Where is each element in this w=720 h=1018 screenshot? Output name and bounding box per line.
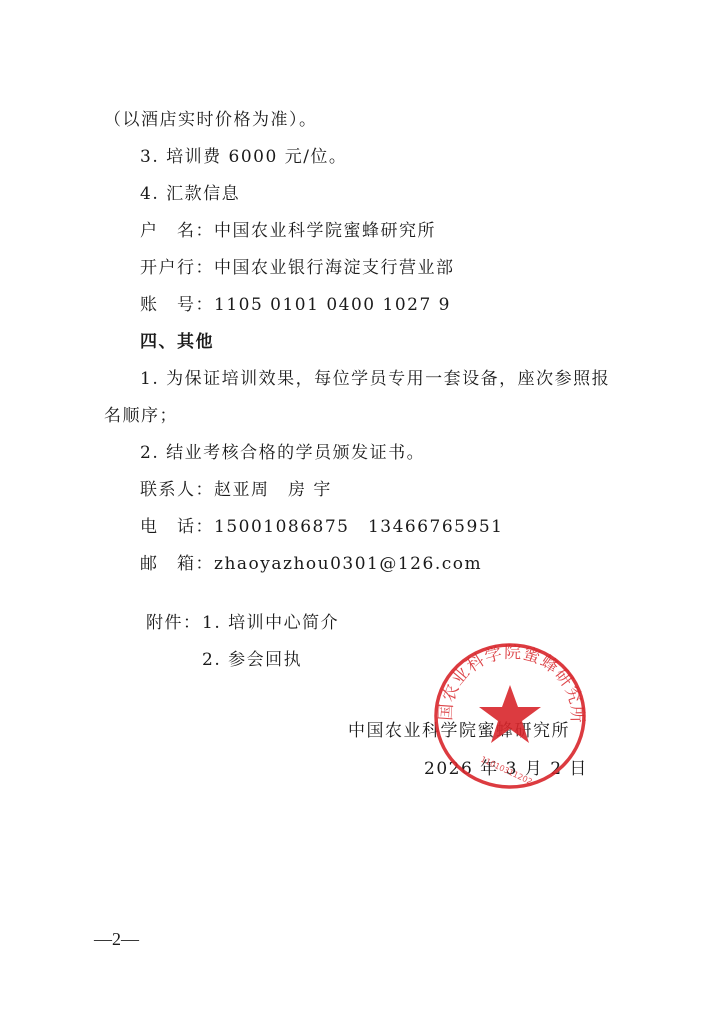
remittance-info-heading: 4. 汇款信息 [140,183,240,205]
account-name: 户 名：中国农业科学院蜜蜂研究所 [140,220,436,242]
section-heading-other: 四、其他 [140,331,214,353]
other-item-1-continued: 名顺序； [104,405,178,427]
attachment-item-1: 1. 培训中心简介 [202,612,339,634]
signature-date: 2026 年 3 月 2 日 [424,758,588,780]
svg-text:国农业科学院蜜蜂研究所: 国农业科学院蜜蜂研究所 [436,643,587,724]
signature-organization: 中国农业科学院蜜蜂研究所 [348,720,570,742]
bank-name: 开户行：中国农业银行海淀支行营业部 [140,257,455,279]
contact-persons: 联系人：赵亚周 房 宇 [140,479,332,501]
page-number: —2— [94,929,139,950]
other-item-1: 1. 为保证培训效果，每位学员专用一套设备，座次参照报 [140,368,610,390]
contact-phone: 电 话：15001086875 13466765951 [140,516,503,538]
attachments-label: 附件： [146,612,202,634]
contact-email: 邮 箱：zhaoyazhou0301@126.com [140,553,482,575]
training-fee-item: 3. 培训费 6000 元/位。 [140,146,347,168]
attachment-item-2: 2. 参会回执 [202,649,302,671]
hotel-price-note: （以酒店实时价格为准）。 [104,109,318,131]
account-number: 账 号：1105 0101 0400 1027 9 [140,294,451,316]
other-item-2: 2. 结业考核合格的学员颁发证书。 [140,442,425,464]
